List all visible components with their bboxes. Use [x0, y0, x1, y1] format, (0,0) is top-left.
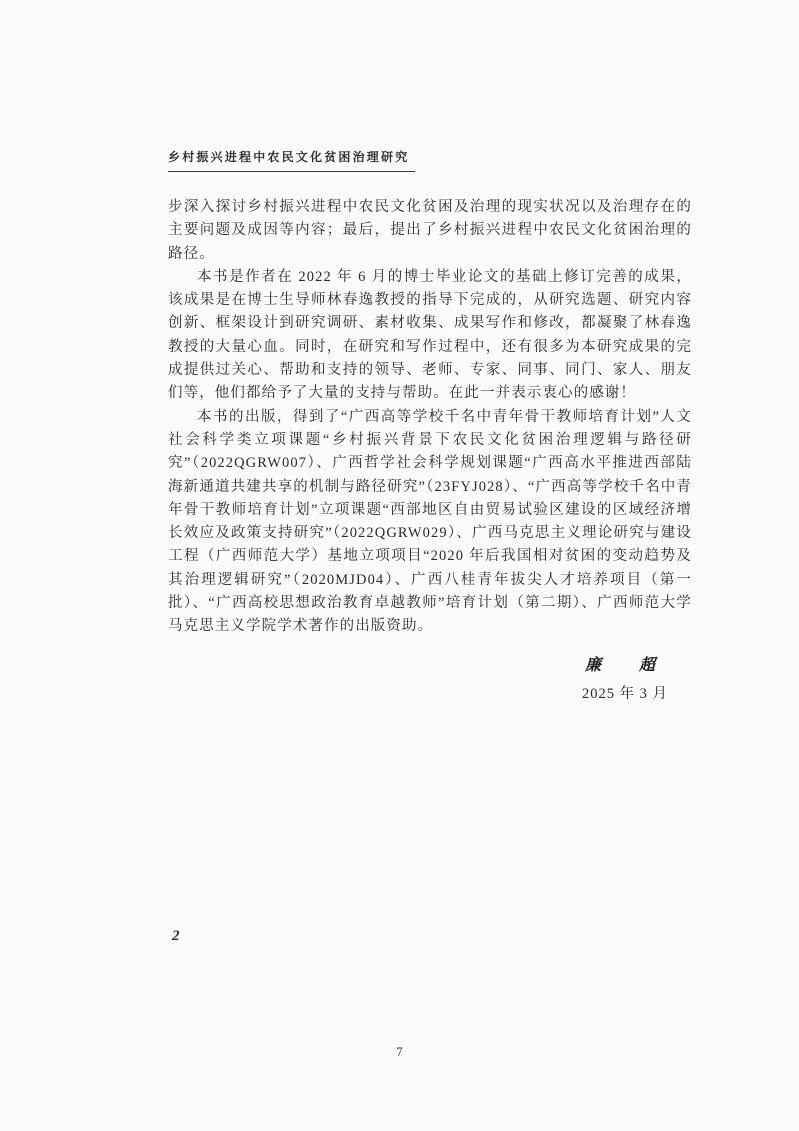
book-page: 乡村振兴进程中农民文化贫困治理研究 步深入探讨乡村振兴进程中农民文化贫困及治理的… — [0, 0, 799, 1131]
paragraph-acknowledgement: 本书是作者在 2022 年 6 月的博士毕业论文的基础上修订完善的成果，该成果是… — [168, 266, 692, 406]
running-head: 乡村振兴进程中农民文化贫困治理研究 — [168, 148, 415, 172]
paragraph-funding: 本书的出版，得到了“广西高等学校千名中青年骨干教师培育计划”人文社会科学类立项课… — [168, 406, 692, 639]
signature-date: 2025 年 3 月 — [545, 682, 705, 703]
paragraph-continuation: 步深入探讨乡村振兴进程中农民文化贫困及治理的现实状况以及治理存在的主要问题及成因… — [168, 196, 692, 266]
body-text: 步深入探讨乡村振兴进程中农民文化贫困及治理的现实状况以及治理存在的主要问题及成因… — [168, 196, 692, 639]
folio-number: 2 — [172, 928, 180, 945]
author-signature: 廉 超 — [545, 652, 705, 675]
page-number: 7 — [0, 1044, 799, 1060]
signature-block: 廉 超 2025 年 3 月 — [545, 652, 705, 703]
